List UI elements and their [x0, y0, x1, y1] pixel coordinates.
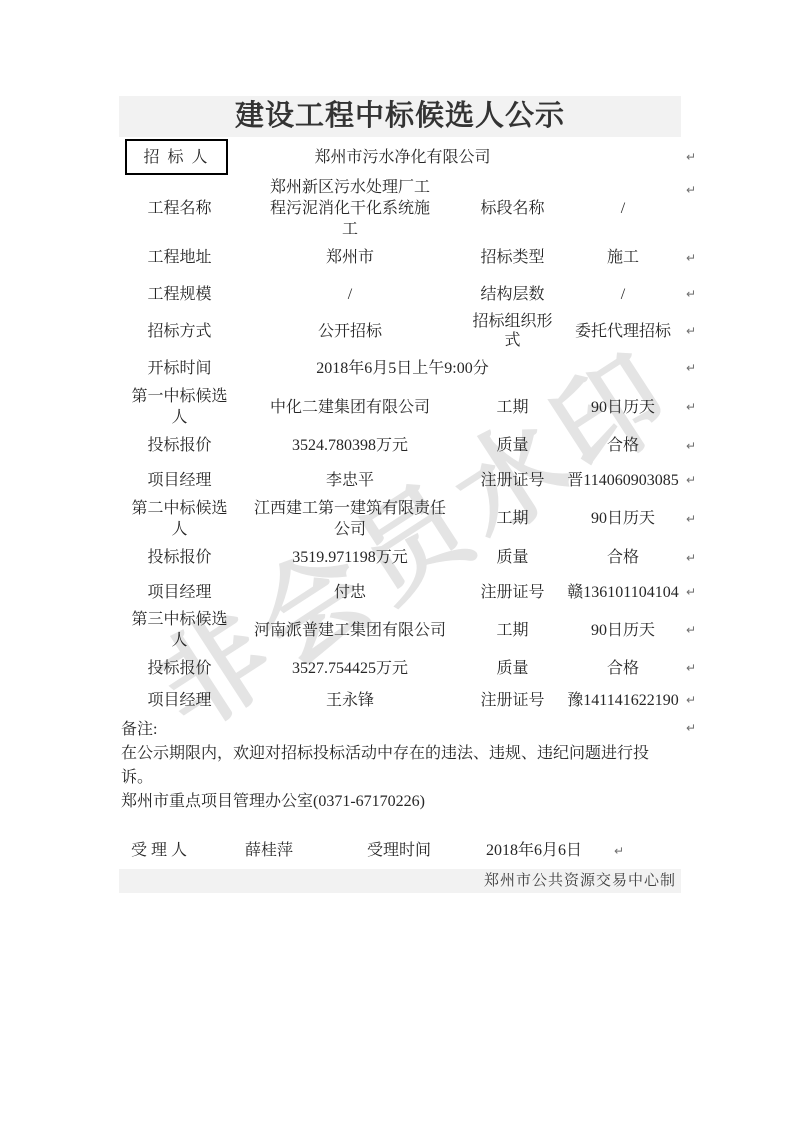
- row-value: 3527.754425万元: [292, 658, 408, 679]
- document-page: 非会员水印 建设工程中标候选人公示 招 标 人 郑州市污水净化有限公司 ↵ 工程…: [0, 0, 793, 1122]
- row-label: 投标报价: [147, 435, 211, 456]
- label-cell: 质量: [460, 540, 565, 575]
- value-cell: 合格: [565, 428, 681, 463]
- row-label: 开标时间: [147, 358, 211, 379]
- notes-block: 备注: 在公示期限内，欢迎对招标投标活动中存在的违法、违规、违纪问题进行投诉。 …: [119, 715, 681, 789]
- page-title: 建设工程中标候选人公示: [235, 106, 565, 127]
- label-cell: 招标方式: [119, 312, 240, 350]
- row-value: 施工: [607, 247, 639, 268]
- acceptor-name: 薛桂萍: [199, 834, 339, 867]
- row-label: 注册证号: [480, 583, 544, 602]
- row-value: 中化二建集团有限公司: [270, 397, 430, 418]
- row-label: 工期: [496, 509, 528, 528]
- row-value: 王永锋: [326, 690, 374, 711]
- label-cell: 注册证号: [460, 685, 565, 715]
- row-label: 质量: [496, 548, 528, 567]
- value-cell: 李忠平: [240, 463, 460, 497]
- row-label: 标段名称: [480, 199, 544, 218]
- row-value: 90日历天: [591, 397, 655, 418]
- table-row: 工程规模 / 结构层数 / ↵: [119, 276, 681, 312]
- row-label: 工程地址: [147, 247, 211, 268]
- footer-band: 郑州市公共资源交易中心制: [119, 869, 681, 893]
- tenderer-box: 招 标 人: [125, 139, 228, 175]
- paragraph-mark-icon: ↵: [686, 474, 696, 486]
- value-cell: /: [240, 276, 460, 312]
- acceptance-time-value: 2018年6月6日: [459, 834, 609, 867]
- table-row-tenderer: 招 标 人 郑州市污水净化有限公司 ↵: [119, 137, 681, 177]
- row-label: 招标方式: [147, 321, 211, 342]
- label-cell: 招 标 人: [119, 137, 240, 177]
- label-cell: 招标类型: [460, 239, 565, 276]
- table-row: 投标报价 3519.971198万元 质量 合格 ↵: [119, 540, 681, 575]
- row-value: 3519.971198万元: [292, 547, 407, 568]
- table-row: 工程地址 郑州市 招标类型 施工 ↵: [119, 239, 681, 276]
- row-value: 90日历天: [591, 620, 655, 641]
- row-label: 质量: [496, 659, 528, 678]
- value-cell: 王永锋: [240, 685, 460, 715]
- value-cell: 公开招标: [240, 312, 460, 350]
- table-row: 项目经理 付忠 注册证号 赣136101104104 ↵: [119, 575, 681, 609]
- label-cell: 工期: [460, 497, 565, 540]
- acceptance-row: 受 理 人 薛桂萍 受理时间 2018年6月6日 ↵: [119, 834, 681, 867]
- value-cell: 郑州市污水净化有限公司: [240, 137, 565, 177]
- row-value: /: [621, 198, 625, 219]
- paragraph-mark-icon: ↵: [686, 252, 696, 264]
- label-cell: 开标时间: [119, 350, 240, 386]
- row-value: 郑州新区污水处理厂工程污泥消化干化系统施工: [267, 177, 433, 240]
- label-cell: 项目经理: [119, 575, 240, 609]
- empty-cell: [565, 350, 681, 386]
- value-cell: 施工: [565, 239, 681, 276]
- paragraph-mark-icon: ↵: [686, 662, 696, 674]
- paragraph-mark-icon: ↵: [686, 401, 696, 413]
- empty-cell: [565, 137, 681, 177]
- value-cell: 江西建工第一建筑有限责任公司: [240, 497, 460, 540]
- row-value: 晋114060903085: [567, 470, 678, 491]
- table-row: 项目经理 李忠平 注册证号 晋114060903085 ↵: [119, 463, 681, 497]
- row-label: 质量: [496, 436, 528, 455]
- label-cell: 第二中标候选人: [119, 497, 240, 540]
- row-value: 江西建工第一建筑有限责任公司: [250, 498, 450, 540]
- notes-label: 备注:: [121, 718, 679, 742]
- row-label: 工期: [496, 398, 528, 417]
- table-row-candidate-1: 第一中标候选人 中化二建集团有限公司 工期 90日历天 ↵: [119, 386, 681, 428]
- label-cell: 投标报价: [119, 651, 240, 685]
- label-cell: 投标报价: [119, 428, 240, 463]
- row-value: 赣136101104104: [567, 582, 678, 603]
- paragraph-mark-icon: ↵: [686, 586, 696, 598]
- value-cell: 郑州市: [240, 239, 460, 276]
- row-value: 合格: [607, 547, 639, 568]
- row-label: 项目经理: [147, 690, 211, 711]
- value-cell: 2018年6月5日上午9:00分: [240, 350, 565, 386]
- label-cell: 第三中标候选人: [119, 609, 240, 651]
- row-value: 豫141141622190: [567, 690, 678, 711]
- value-cell: 豫141141622190: [565, 685, 681, 715]
- label-cell: 工期: [460, 609, 565, 651]
- row-value: 委托代理招标: [575, 321, 671, 342]
- tenderer-label: 招 标 人: [143, 147, 209, 168]
- paragraph-mark-icon: ↵: [686, 288, 696, 300]
- value-cell: 合格: [565, 540, 681, 575]
- notes-line2: 郑州市重点项目管理办公室(0371-67170226): [121, 790, 679, 814]
- title-band: 建设工程中标候选人公示: [119, 96, 681, 137]
- row-value: 合格: [607, 435, 639, 456]
- table-row-candidate-3: 第三中标候选人 河南派普建工集团有限公司 工期 90日历天 ↵: [119, 609, 681, 651]
- label-cell: 投标报价: [119, 540, 240, 575]
- table-row: 工程名称 郑州新区污水处理厂工程污泥消化干化系统施工 标段名称 / ↵: [119, 177, 681, 239]
- value-cell: 付忠: [240, 575, 460, 609]
- paragraph-mark-icon: ↵: [686, 362, 696, 374]
- paragraph-mark-icon: ↵: [686, 694, 696, 706]
- value-cell: 90日历天: [565, 497, 681, 540]
- row-label: 投标报价: [147, 658, 211, 679]
- acceptance-time-label: 受理时间: [339, 834, 459, 867]
- acceptor-label: 受 理 人: [119, 834, 199, 867]
- row-label: 投标报价: [147, 547, 211, 568]
- value-cell: 郑州新区污水处理厂工程污泥消化干化系统施工: [240, 177, 460, 239]
- value-cell: 赣136101104104: [565, 575, 681, 609]
- row-value: 薛桂萍: [245, 840, 293, 861]
- label-cell: 项目经理: [119, 463, 240, 497]
- label-cell: 标段名称: [460, 177, 565, 239]
- row-label: 受 理 人: [131, 840, 187, 861]
- paragraph-mark-icon: ↵: [686, 325, 696, 337]
- label-cell: 工程地址: [119, 239, 240, 276]
- row-label: 工程名称: [147, 198, 211, 219]
- paragraph-mark-icon: ↵: [686, 513, 696, 525]
- tenderer-value: 郑州市污水净化有限公司: [314, 147, 490, 168]
- table-row-opening-time: 开标时间 2018年6月5日上午9:00分 ↵: [119, 350, 681, 386]
- row-label: 项目经理: [147, 470, 211, 491]
- label-cell: 工程名称: [119, 177, 240, 239]
- label-cell: 招标组织形式: [460, 312, 565, 350]
- maker-credit: 郑州市公共资源交易中心制: [484, 871, 676, 892]
- row-label: 第一中标候选人: [131, 386, 228, 428]
- row-label: 工程规模: [147, 284, 211, 305]
- notes-line1: 在公示期限内，欢迎对招标投标活动中存在的违法、违规、违纪问题进行投诉。: [121, 742, 679, 790]
- table-row: 投标报价 3524.780398万元 质量 合格 ↵: [119, 428, 681, 463]
- row-value: 2018年6月5日上午9:00分: [316, 358, 488, 379]
- value-cell: 90日历天: [565, 386, 681, 428]
- row-value: 3524.780398万元: [292, 435, 408, 456]
- value-cell: 委托代理招标: [565, 312, 681, 350]
- value-cell: 3524.780398万元: [240, 428, 460, 463]
- label-cell: 第一中标候选人: [119, 386, 240, 428]
- table-row: 招标方式 公开招标 招标组织形式 委托代理招标 ↵: [119, 312, 681, 350]
- value-cell: 合格: [565, 651, 681, 685]
- label-cell: 项目经理: [119, 685, 240, 715]
- paragraph-mark-icon: ↵: [686, 722, 696, 734]
- paragraph-mark-icon: ↵: [686, 184, 696, 196]
- value-cell: 3519.971198万元: [240, 540, 460, 575]
- row-value: 2018年6月6日: [486, 840, 582, 861]
- table-row: 投标报价 3527.754425万元 质量 合格 ↵: [119, 651, 681, 685]
- paragraph-mark-icon: ↵: [614, 845, 624, 857]
- row-label: 受理时间: [367, 840, 431, 861]
- row-label: 工期: [496, 621, 528, 640]
- label-cell: 质量: [460, 651, 565, 685]
- value-cell: 中化二建集团有限公司: [240, 386, 460, 428]
- row-label: 招标类型: [480, 248, 544, 267]
- row-value: 河南派普建工集团有限公司: [254, 620, 446, 641]
- value-cell: 晋114060903085: [565, 463, 681, 497]
- row-value: 公开招标: [318, 321, 382, 342]
- table-row: 项目经理 王永锋 注册证号 豫141141622190 ↵: [119, 685, 681, 715]
- label-cell: 结构层数: [460, 276, 565, 312]
- label-cell: 工期: [460, 386, 565, 428]
- value-cell: /: [565, 276, 681, 312]
- label-cell: 工程规模: [119, 276, 240, 312]
- row-value: 郑州市: [326, 247, 374, 268]
- table-row-candidate-2: 第二中标候选人 江西建工第一建筑有限责任公司 工期 90日历天 ↵: [119, 497, 681, 540]
- row-value: /: [621, 284, 625, 305]
- row-label: 结构层数: [480, 285, 544, 304]
- announcement-table: 建设工程中标候选人公示 招 标 人 郑州市污水净化有限公司 ↵ 工程名称 郑州新…: [119, 96, 681, 893]
- value-cell: 3527.754425万元: [240, 651, 460, 685]
- row-value: 合格: [607, 658, 639, 679]
- row-value: 付忠: [334, 582, 366, 603]
- row-value: /: [348, 284, 352, 305]
- value-cell: 河南派普建工集团有限公司: [240, 609, 460, 651]
- row-label: 注册证号: [480, 471, 544, 490]
- row-label: 项目经理: [147, 582, 211, 603]
- paragraph-mark-icon: ↵: [686, 151, 696, 163]
- row-label: 第三中标候选人: [131, 609, 228, 651]
- value-cell: 90日历天: [565, 609, 681, 651]
- paragraph-mark-icon: ↵: [686, 552, 696, 564]
- label-cell: 质量: [460, 428, 565, 463]
- value-cell: /: [565, 177, 681, 239]
- paragraph-mark-icon: ↵: [686, 440, 696, 452]
- row-label: 第二中标候选人: [131, 498, 228, 540]
- row-label: 注册证号: [480, 691, 544, 710]
- row-value: 90日历天: [591, 508, 655, 529]
- label-cell: 注册证号: [460, 463, 565, 497]
- row-value: 李忠平: [326, 470, 374, 491]
- label-cell: 注册证号: [460, 575, 565, 609]
- paragraph-mark-icon: ↵: [686, 624, 696, 636]
- row-label: 招标组织形式: [470, 312, 555, 350]
